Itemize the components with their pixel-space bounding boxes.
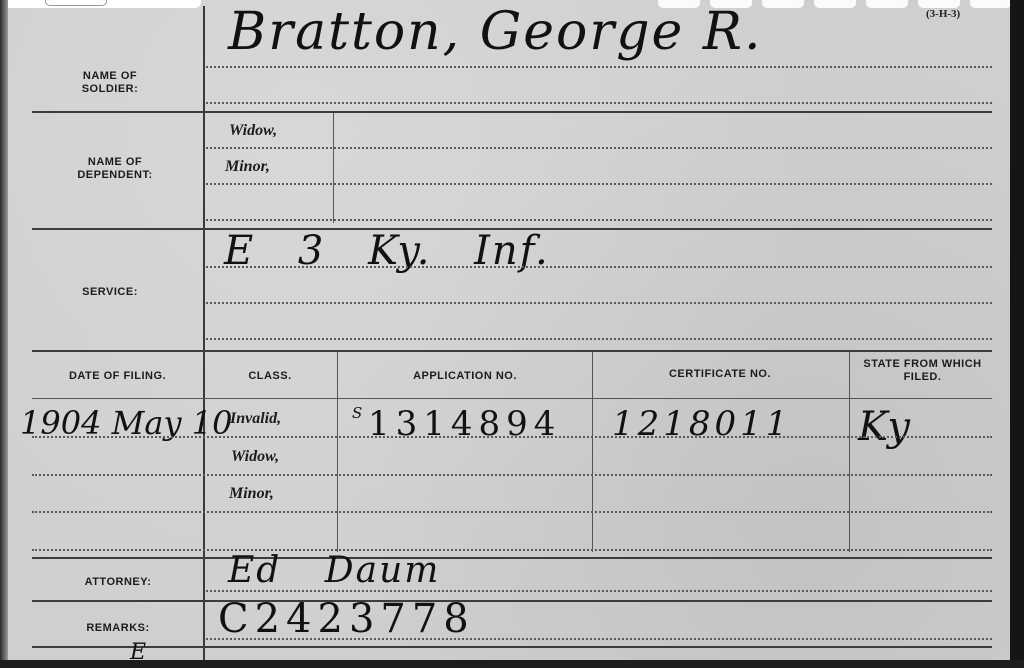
label-column-divider	[203, 6, 205, 660]
column-divider	[849, 352, 850, 552]
dotted-rule	[32, 436, 992, 438]
attorney-label: ATTORNEY:	[58, 576, 178, 589]
toolbar-strip	[0, 0, 201, 8]
class-header: CLASS.	[210, 370, 330, 383]
state-from-which-filed-header: STATE FROM WHICH FILED.	[855, 358, 990, 384]
dotted-rule	[206, 219, 992, 221]
dotted-rule	[206, 590, 992, 592]
column-divider	[337, 352, 338, 552]
toolbar-button-5[interactable]	[866, 0, 908, 8]
section-rule	[32, 600, 992, 602]
column-divider	[592, 352, 593, 552]
application-prefix: S	[352, 404, 364, 422]
dependent-widow-label: Widow,	[229, 122, 277, 140]
dependent-divider	[333, 113, 334, 223]
toolbar-pill-button[interactable]	[45, 0, 107, 6]
dotted-rule	[32, 474, 992, 476]
form-code: (3-H-3)	[926, 8, 960, 20]
state-filed: Ky	[858, 404, 912, 450]
certificate-no-header: CERTIFICATE NO.	[595, 368, 845, 381]
toolbar-button-7[interactable]	[970, 0, 1012, 8]
dotted-rule	[206, 147, 992, 149]
certificate-number: 1218011	[612, 404, 791, 444]
remarks-label: REMARKS:	[58, 622, 178, 635]
attorney-name: Ed Daum	[228, 550, 440, 591]
toolbar-button-3[interactable]	[762, 0, 804, 8]
section-rule	[32, 350, 992, 352]
dotted-rule	[206, 266, 992, 268]
section-rule	[32, 646, 992, 648]
dotted-rule	[206, 102, 992, 104]
card-right-edge	[1010, 0, 1024, 668]
section-rule	[32, 111, 992, 113]
dotted-rule	[206, 338, 992, 340]
dotted-rule	[206, 638, 992, 640]
class-minor-label: Minor,	[229, 485, 274, 503]
date-of-filing-header: DATE OF FILING.	[30, 370, 205, 383]
section-rule	[32, 557, 992, 559]
name-of-dependent-label: NAME OF DEPENDENT:	[55, 156, 175, 182]
margin-note: E	[130, 640, 148, 660]
dotted-rule	[206, 66, 992, 68]
card-bottom-edge	[0, 660, 1024, 668]
pension-index-card: (3-H-3) NAME OF SOLDIER: Bratton, George…	[0, 0, 1012, 660]
application-number: 1314894	[368, 404, 561, 444]
dotted-rule	[206, 183, 992, 185]
class-invalid-label: Invalid,	[230, 410, 281, 428]
dotted-rule	[206, 302, 992, 304]
service-label: SERVICE:	[60, 286, 160, 299]
header-rule	[32, 398, 992, 399]
class-widow-label: Widow,	[231, 448, 279, 466]
application-no-header: APPLICATION NO.	[340, 370, 590, 383]
remarks-entry: C2423778	[218, 596, 475, 642]
soldier-name: Bratton, George R.	[228, 2, 762, 62]
toolbar-button-6[interactable]	[918, 0, 960, 8]
toolbar-button-4[interactable]	[814, 0, 856, 8]
name-of-soldier-label: NAME OF SOLDIER:	[60, 70, 160, 96]
dependent-minor-label: Minor,	[225, 158, 270, 176]
dotted-rule	[32, 511, 992, 513]
dotted-rule	[32, 549, 992, 551]
card-left-edge	[0, 0, 8, 668]
